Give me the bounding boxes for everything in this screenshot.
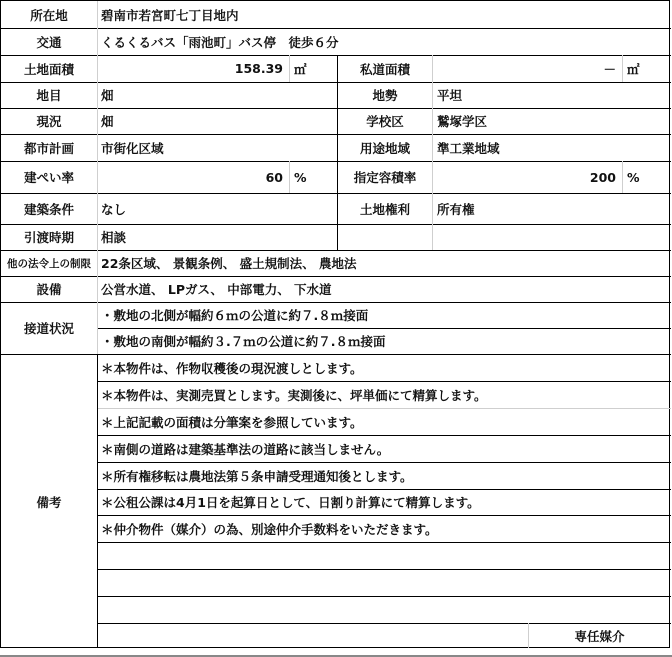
terrain-label: 地勢 (337, 82, 433, 108)
divider (1, 28, 671, 29)
land-rights-label: 土地権利 (337, 193, 433, 224)
divider (97, 1, 98, 354)
divider (97, 515, 671, 516)
divider (97, 542, 671, 543)
remarks-line: ＊仲介物件（媒介）の為、別途仲介手数料をいただきます。 (97, 515, 671, 542)
floor-area-ratio-value: 200 (433, 161, 622, 193)
divider (1, 108, 671, 109)
divider (432, 55, 433, 250)
divider (97, 354, 98, 649)
divider (1, 193, 671, 194)
handover-label: 引渡時期 (1, 224, 97, 250)
divider (97, 381, 671, 382)
transaction-type: 専任媒介 (528, 623, 671, 649)
land-category-label: 地目 (1, 82, 97, 108)
divider (97, 623, 671, 624)
divider (289, 161, 290, 193)
remarks-line (97, 569, 671, 596)
city-planning-label: 都市計画 (1, 134, 97, 161)
building-coverage-value: 60 (97, 161, 289, 193)
divider (1, 82, 671, 83)
floor-area-ratio-unit: % (622, 161, 671, 193)
access-value: くるくるバス「雨池町」バス停 徒歩６分 (97, 28, 671, 55)
remarks-line: ＊上記記載の面積は分筆案を参照しています。 (97, 408, 671, 435)
building-conditions-label: 建築条件 (1, 193, 97, 224)
divider (1, 250, 671, 251)
other-restrictions-label: 他の法令上の制限 (1, 250, 97, 276)
school-district-value: 鷲塚学区 (433, 108, 671, 134)
access-label: 交通 (1, 28, 97, 55)
road-access-label: 接道状況 (1, 302, 97, 354)
city-planning-value: 市街化区域 (97, 134, 337, 161)
remarks-line (97, 596, 671, 623)
building-coverage-unit: % (289, 161, 337, 193)
current-status-label: 現況 (1, 108, 97, 134)
divider (97, 328, 671, 329)
remarks-line: ＊所有権移転は農地法第５条申請受理通知後とします。 (97, 462, 671, 489)
divider (622, 55, 623, 82)
remarks-line (97, 542, 671, 569)
terrain-value: 平坦 (433, 82, 671, 108)
land-area-value: 158.39 (97, 55, 289, 82)
school-district-label: 学校区 (337, 108, 433, 134)
divider (97, 489, 671, 490)
zoning-label: 用途地域 (337, 134, 433, 161)
remarks-line: ＊本物件は、実測売買とします。実測後に、坪単価にて精算します。 (97, 381, 671, 408)
divider (622, 161, 623, 193)
remarks-line: ＊南側の道路は建築基準法の道路に該当しません。 (97, 435, 671, 462)
building-conditions-value: なし (97, 193, 337, 224)
divider (337, 55, 338, 250)
current-status-value: 畑 (97, 108, 337, 134)
floor-area-ratio-label: 指定容積率 (337, 161, 433, 193)
road-access-line: ・敷地の南側が幅約３.７ｍの公道に約７.８ｍ接面 (97, 328, 671, 354)
divider (1, 134, 671, 135)
facilities-value: 公営水道、 LPガス、 中部電力、 下水道 (97, 276, 671, 302)
divider (1, 302, 671, 303)
divider (1, 276, 671, 277)
zoning-value: 準工業地域 (433, 134, 671, 161)
divider (289, 55, 290, 82)
location-label: 所在地 (1, 1, 97, 28)
handover-value: 相談 (97, 224, 337, 250)
divider (97, 408, 671, 409)
private-road-area-unit: ㎡ (622, 55, 671, 82)
divider (1, 161, 671, 162)
remarks-label: 備考 (1, 354, 97, 649)
sheet-bottom-edge (0, 648, 672, 657)
private-road-area-label: 私道面積 (337, 55, 433, 82)
location-value: 碧南市若宮町七丁目地内 (97, 1, 671, 28)
private-road-area-value: － (433, 55, 622, 82)
divider (97, 462, 671, 463)
divider (1, 55, 671, 56)
divider (1, 354, 671, 355)
land-area-label: 土地面積 (1, 55, 97, 82)
land-rights-value: 所有権 (433, 193, 671, 224)
divider (1, 224, 671, 225)
land-area-unit: ㎡ (289, 55, 337, 82)
remarks-line: ＊本物件は、作物収穫後の現況渡しとします。 (97, 354, 671, 381)
facilities-label: 設備 (1, 276, 97, 302)
road-access-line: ・敷地の北側が幅約６ｍの公道に約７.８ｍ接面 (97, 302, 671, 328)
other-restrictions-value: 22条区域、 景観条例、 盛土規制法、 農地法 (97, 250, 671, 276)
land-category-value: 畑 (97, 82, 337, 108)
divider (97, 435, 671, 436)
divider (97, 569, 671, 570)
property-info-sheet: 所在地 碧南市若宮町七丁目地内 交通 くるくるバス「雨池町」バス停 徒歩６分 土… (0, 0, 670, 648)
divider (97, 596, 671, 597)
building-coverage-label: 建ぺい率 (1, 161, 97, 193)
remarks-line: ＊公租公課は4月1日を起算日として、日割り計算にて精算します。 (97, 489, 671, 515)
divider (528, 623, 529, 649)
